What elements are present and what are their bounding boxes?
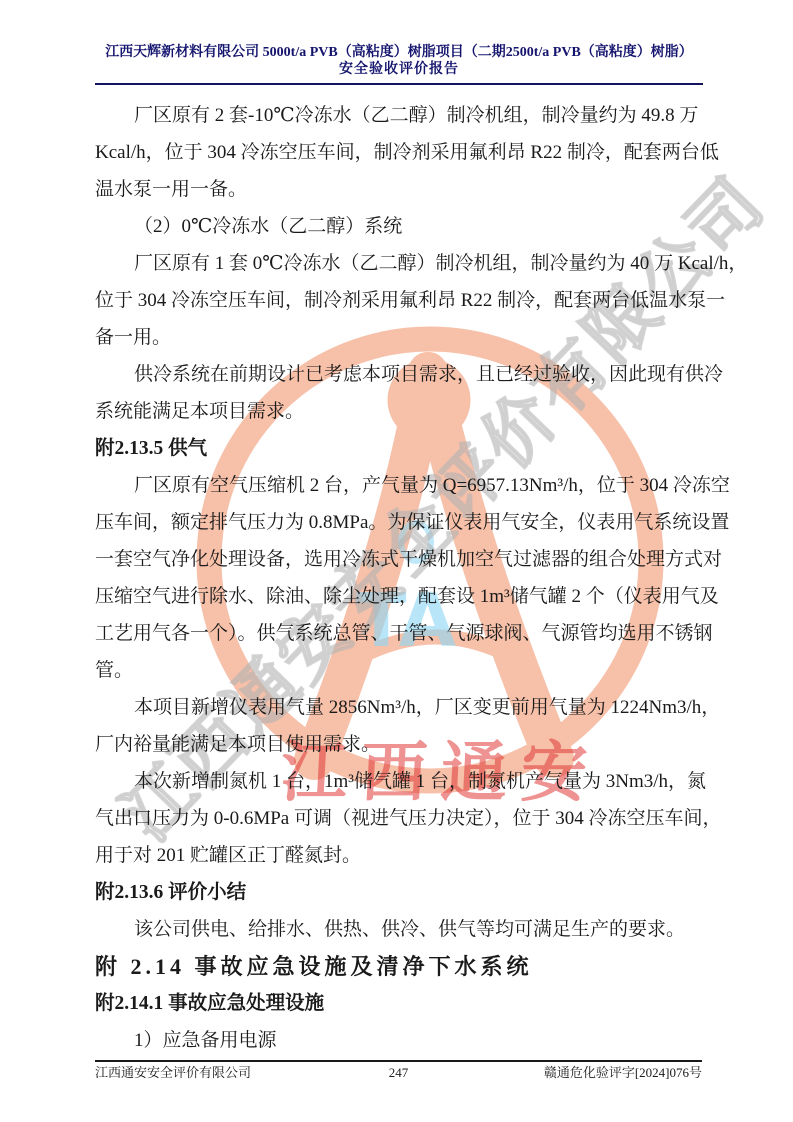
text-line: 本项目新增仪表用气量 2856Nm³/h，厂区变更前用气量为 1224Nm3/h…: [95, 689, 703, 726]
paragraph: 本次新增制氮机 1 台，1m³储气罐 1 台，制氮机产气量为 3Nm3/h，氮气…: [95, 763, 703, 874]
text-line: 位于 304 冷冻空压车间，制冷剂采用氟利昂 R22 制冷，配套两台低温水泵一: [95, 282, 703, 319]
paragraph: 本项目新增仪表用气量 2856Nm³/h，厂区变更前用气量为 1224Nm3/h…: [95, 689, 703, 763]
section-heading: 附2.13.6 评价小结: [95, 874, 703, 911]
page-footer: 247 江西通安安全评价有限公司 赣通危化验评字[2024]076号: [95, 1060, 702, 1081]
text-line: 用于对 201 贮罐区正丁醛氮封。: [95, 837, 703, 874]
text-line: 管。: [95, 652, 703, 689]
footer-company-name: 江西通安安全评价有限公司: [95, 1065, 251, 1081]
section-heading: 附2.13.5 供气: [95, 430, 703, 467]
text-line: 附2.13.5 供气: [95, 430, 703, 467]
section-heading: 附2.14.1 事故应急处理设施: [95, 985, 703, 1022]
text-line: 该公司供电、给排水、供热、供冷、供气等均可满足生产的要求。: [95, 911, 703, 948]
text-line: 厂区原有空气压缩机 2 台，产气量为 Q=6957.13Nm³/h，位于 304…: [95, 467, 703, 504]
text-line: 本次新增制氮机 1 台，1m³储气罐 1 台，制氮机产气量为 3Nm3/h，氮: [95, 763, 703, 800]
text-line: 供冷系统在前期设计已考虑本项目需求，且已经过验收，因此现有供冷: [95, 356, 703, 393]
text-line: 厂区原有 1 套 0℃冷冻水（乙二醇）制冷机组，制冷量约为 40 万 Kcal/…: [95, 245, 703, 282]
paragraph: 厂区原有 2 套-10℃冷冻水（乙二醇）制冷机组，制冷量约为 49.8 万Kca…: [95, 97, 703, 208]
text-line: 附2.14.1 事故应急处理设施: [95, 985, 703, 1022]
text-line: 附 2.14 事故应急设施及清净下水系统: [95, 948, 703, 985]
text-line: （2）0℃冷冻水（乙二醇）系统: [95, 208, 703, 245]
text-line: 厂内裕量能满足本项目使用需求。: [95, 726, 703, 763]
report-page: TA 江西通安 江西通安安全评价有限公司 江西天辉新材料有限公司 5000t/a…: [0, 0, 793, 1122]
paragraph: 厂区原有 1 套 0℃冷冻水（乙二醇）制冷机组，制冷量约为 40 万 Kcal/…: [95, 245, 703, 356]
section-heading: 附 2.14 事故应急设施及清净下水系统: [95, 948, 703, 985]
text-line: 工艺用气各一个）。供气系统总管、干管、气源球阀、气源管均选用不锈钢: [95, 615, 703, 652]
page-header: 江西天辉新材料有限公司 5000t/a PVB（高粘度）树脂项目（二期2500t…: [95, 44, 703, 85]
text-line: 厂区原有 2 套-10℃冷冻水（乙二醇）制冷机组，制冷量约为 49.8 万: [95, 97, 703, 134]
text-line: 压缩空气进行除水、除油、除尘处理，配套设 1m³储气罐 2 个（仪表用气及: [95, 578, 703, 615]
paragraph: 厂区原有空气压缩机 2 台，产气量为 Q=6957.13Nm³/h，位于 304…: [95, 467, 703, 689]
text-line: 附2.13.6 评价小结: [95, 874, 703, 911]
paragraph: （2）0℃冷冻水（乙二醇）系统: [95, 208, 703, 245]
text-line: Kcal/h，位于 304 冷冻空压车间，制冷剂采用氟利昂 R22 制冷，配套两…: [95, 134, 703, 171]
header-title-line2: 安全验收评价报告: [95, 61, 703, 78]
text-line: 备一用。: [95, 319, 703, 356]
text-line: 压车间，额定排气压力为 0.8MPa。为保证仪表用气安全，仪表用气系统设置: [95, 504, 703, 541]
paragraph: 供冷系统在前期设计已考虑本项目需求，且已经过验收，因此现有供冷系统能满足本项目需…: [95, 356, 703, 430]
text-line: 温水泵一用一备。: [95, 171, 703, 208]
header-title-line1: 江西天辉新材料有限公司 5000t/a PVB（高粘度）树脂项目（二期2500t…: [95, 44, 703, 61]
text-line: 一套空气净化处理设备，选用冷冻式干燥机加空气过滤器的组合处理方式对: [95, 541, 703, 578]
page-content: 江西天辉新材料有限公司 5000t/a PVB（高粘度）树脂项目（二期2500t…: [0, 0, 793, 1122]
text-line: 1）应急备用电源: [95, 1022, 703, 1059]
text-line: 气出口压力为 0-0.6MPa 可调（视进气压力决定），位于 304 冷冻空压车…: [95, 800, 703, 837]
footer-document-number: 赣通危化验评字[2024]076号: [544, 1065, 702, 1081]
text-line: 系统能满足本项目需求。: [95, 393, 703, 430]
paragraph: 1）应急备用电源: [95, 1022, 703, 1059]
paragraph: 该公司供电、给排水、供热、供冷、供气等均可满足生产的要求。: [95, 911, 703, 948]
document-body: 厂区原有 2 套-10℃冷冻水（乙二醇）制冷机组，制冷量约为 49.8 万Kca…: [95, 97, 703, 1059]
